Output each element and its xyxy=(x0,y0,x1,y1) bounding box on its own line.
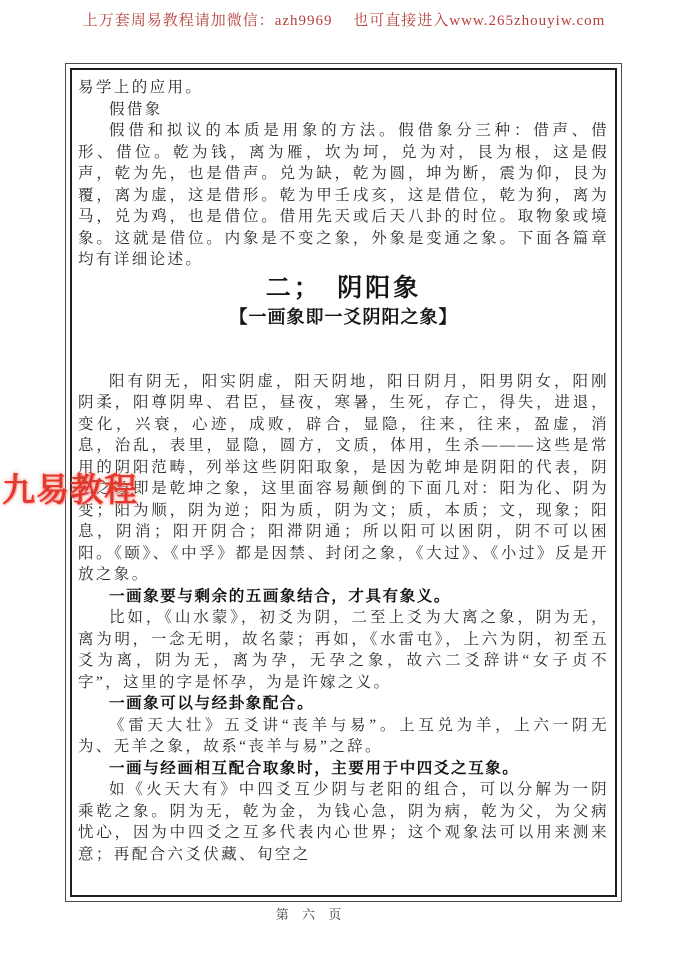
body-paragraph: 阳有阴无，阳实阴虚，阳天阴地，阳日阴月，阳男阴女，阳刚阴柔，阳尊阴卑、君臣，昼夜… xyxy=(78,371,609,586)
body-paragraph: 《雷天大壮》五爻讲“丧羊与易”。上互兑为羊，上六一阴无为、无羊之象，故系“丧羊与… xyxy=(78,715,609,758)
emphasis-line: 一画象要与剩余的五画象结合，才具有象义。 xyxy=(78,586,609,608)
emphasis-line: 一画与经画相互配合取象时，主要用于中四爻之互象。 xyxy=(78,758,609,780)
body-paragraph: 比如，《山水蒙》，初爻为阴，二至上爻为大离之象，阴为无，离为明，一念无明，故名蒙… xyxy=(78,607,609,693)
page-border-outer: 易学上的应用。 假借象 假借和拟议的本质是用象的方法。假借象分三种：借声、借形、… xyxy=(65,63,622,902)
intro-continuation-line: 易学上的应用。 xyxy=(78,77,609,99)
section-title: 二； 阴阳象 xyxy=(78,271,609,305)
section-subtitle: 【一画象即一爻阴阳之象】 xyxy=(78,305,609,329)
page-content: 易学上的应用。 假借象 假借和拟议的本质是用象的方法。假借象分三种：借声、借形、… xyxy=(78,77,609,865)
scanned-document-page: 上万套周易教程请加微信：azh9969 也可直接进入www.265zhouyiw… xyxy=(0,0,688,972)
intro-paragraph: 假借和拟议的本质是用象的方法。假借象分三种：借声、借形、借位。乾为钱，离为雁，坎… xyxy=(78,120,609,271)
header-contact-notice: 上万套周易教程请加微信：azh9969 也可直接进入www.265zhouyiw… xyxy=(0,9,688,30)
page-number: 第 六 页 xyxy=(0,904,622,923)
page-border-inner: 易学上的应用。 假借象 假借和拟议的本质是用象的方法。假借象分三种：借声、借形、… xyxy=(70,68,617,897)
intro-subheading: 假借象 xyxy=(78,99,609,121)
body-paragraph: 如《火天大有》中四爻互少阴与老阳的组合，可以分解为一阴乘乾之象。阴为无，乾为金，… xyxy=(78,779,609,865)
red-watermark: 九易教程 xyxy=(2,464,138,511)
emphasis-line: 一画象可以与经卦象配合。 xyxy=(78,693,609,715)
